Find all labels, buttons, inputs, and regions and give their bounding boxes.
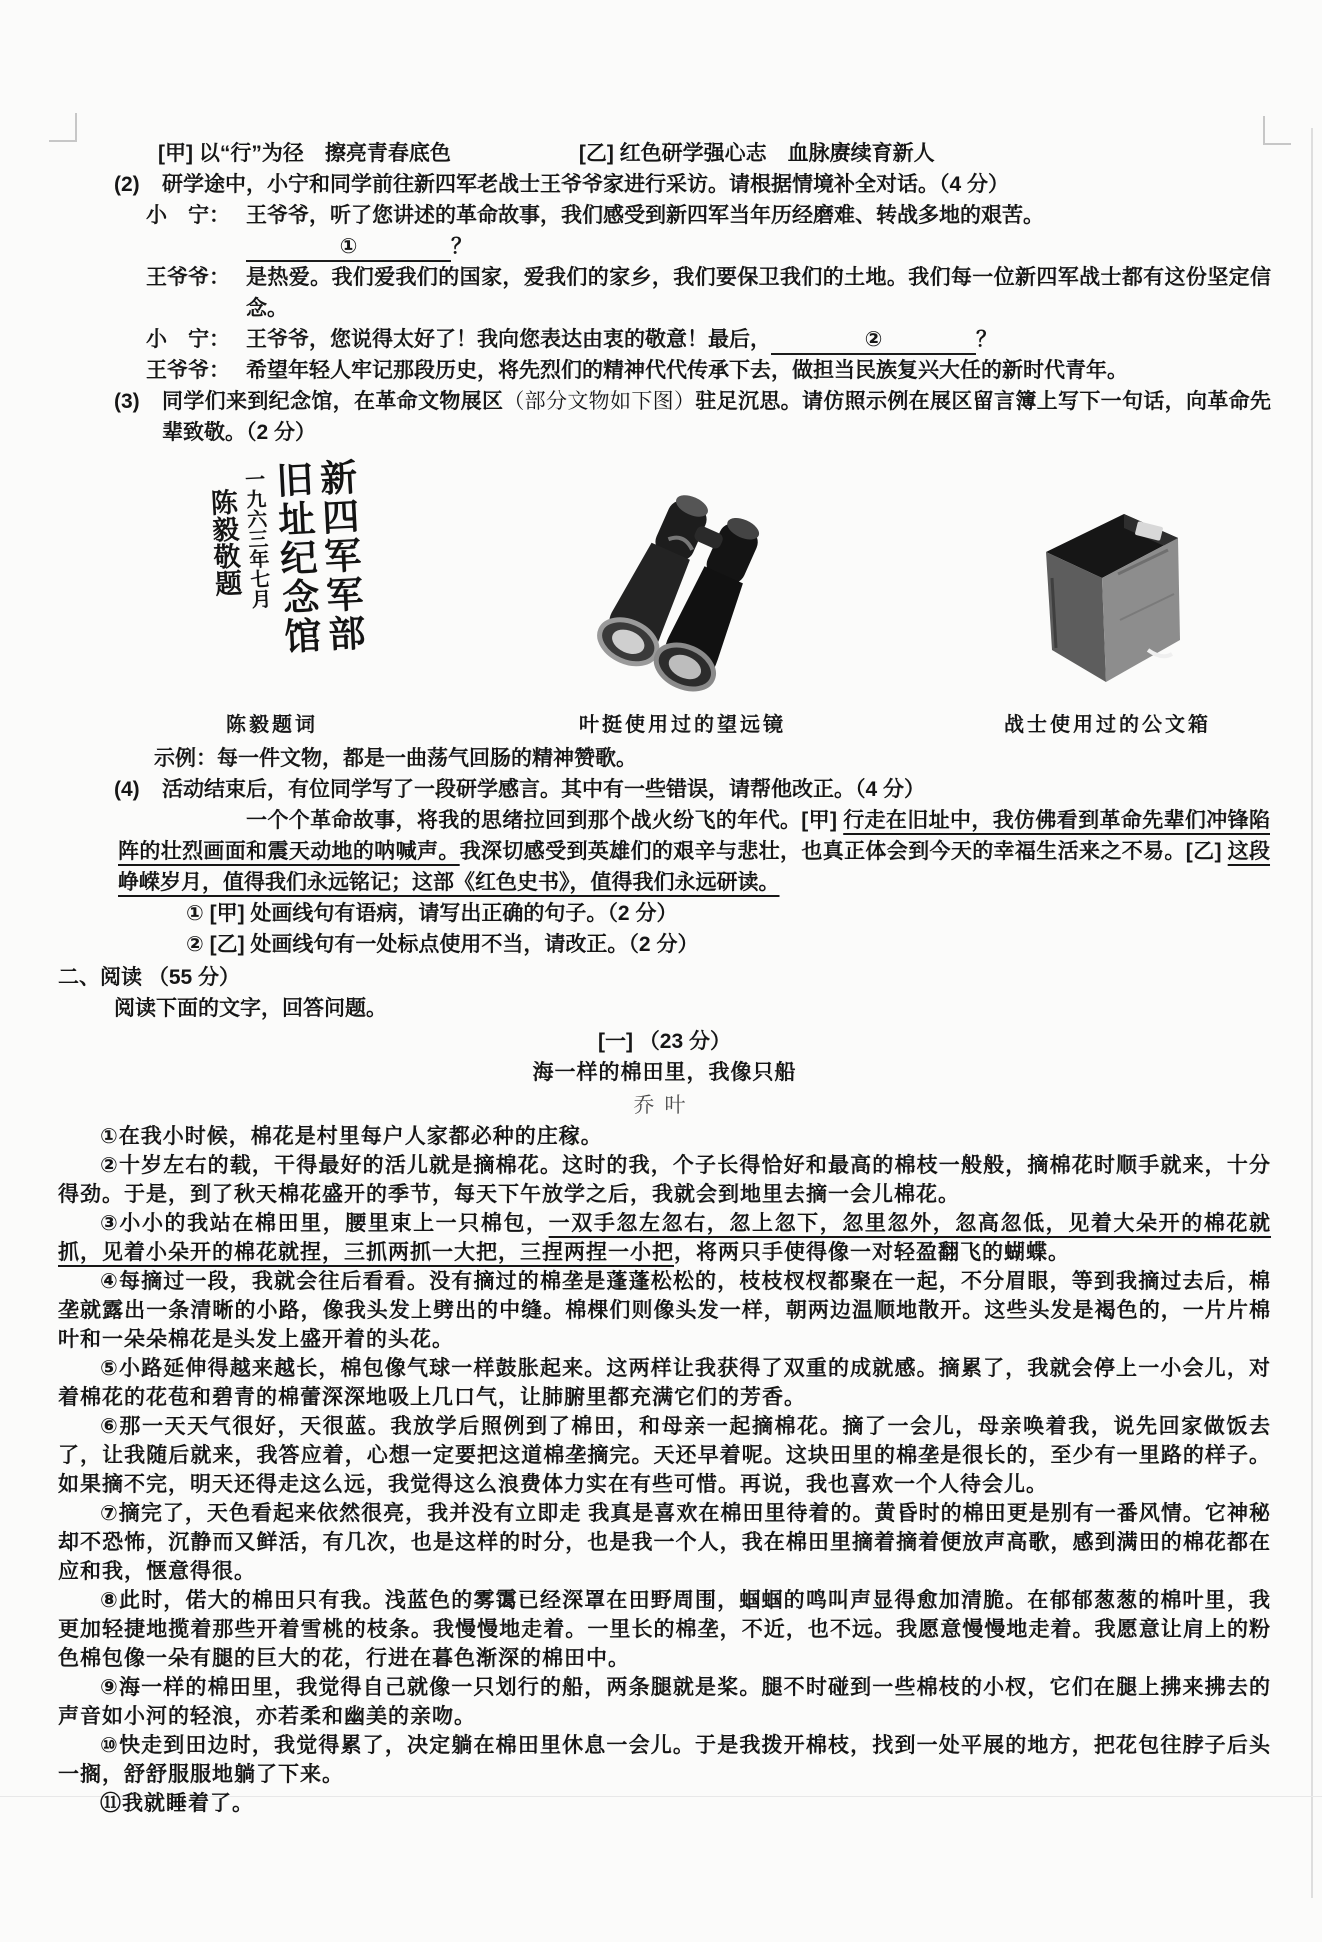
question-4-sub-2: ② [乙] 处画线句有一处标点使用不当，请改正。（2 分）	[58, 929, 1271, 960]
essay-paragraph-7: ⑦摘完了，天色看起来依然很亮，我并没有立即走 我真是喜欢在棉田里待着的。黄昏时的…	[58, 1499, 1271, 1586]
briefcase-image	[1028, 500, 1188, 700]
dialogue-4-text: 希望年轻人牢记那段历史，将先烈们的精神代代传承下去，做担当民族复兴大任的新时代青…	[246, 355, 1271, 386]
question-2-label: (2)	[58, 169, 162, 200]
slogan-line: [甲] 以“行”为径 擦亮青春底色 [乙] 红色研学强心志 血脉赓续育新人	[58, 138, 1271, 169]
figure-1-caption: 陈毅题词	[226, 710, 318, 741]
essay-paragraph-5: ⑤小路延伸得越来越长，棉包像气球一样鼓胀起来。这两样让我获得了双重的成就感。摘累…	[58, 1354, 1271, 1412]
essay-p3-post: ，将两只手使得像一对轻盈翻飞的蝴蝶。	[674, 1241, 1070, 1264]
dialogue-3-body: 王爷爷，您说得太好了！我向您表达由衷的敬意！最后，②？	[246, 324, 1271, 355]
essay-paragraph-1: ①在我小时候，棉花是村里每户人家都必种的庄稼。	[58, 1122, 1271, 1151]
dialogue-3-text: 王爷爷，您说得太好了！我向您表达由衷的敬意！最后，	[246, 328, 771, 351]
essay-author: 乔叶	[58, 1088, 1271, 1122]
essay-paragraph-4: ④每摘过一段，我就会往后看看。没有摘过的棉垄是蓬蓬松松的，枝枝杈杈都聚在一起，不…	[58, 1267, 1271, 1354]
speaker-xiaoning: 小 宁：	[146, 324, 246, 355]
question-2-text: 研学途中，小宁和同学前往新四军老战士王爷爷家进行采访。请根据情境补全对话。（4 …	[162, 169, 1271, 200]
dialogue-line-4: 王爷爷： 希望年轻人牢记那段历史，将先烈们的精神代代传承下去，做担当民族复兴大任…	[58, 355, 1271, 386]
question-2: (2) 研学途中，小宁和同学前往新四军老战士王爷爷家进行采访。请根据情境补全对话…	[58, 169, 1271, 200]
dialogue-2-text: 是热爱。我们爱我们的国家，爱我们的家乡，我们要保卫我们的土地。我们每一位新四军战…	[246, 262, 1271, 324]
essay-body: ①在我小时候，棉花是村里每户人家都必种的庄稼。 ②十岁左右的载，干得最好的活儿就…	[58, 1122, 1271, 1818]
speaker-xiaoning: 小 宁：	[146, 200, 246, 262]
essay-paragraph-2: ②十岁左右的载，干得最好的活儿就是摘棉花。这时的我，个子长得恰好和最高的棉枝一般…	[58, 1151, 1271, 1209]
dialogue-1-text: 王爷爷，听了您讲述的革命故事，我们感受到新四军当年历经磨难、转战多地的艰苦。	[246, 204, 1044, 227]
blank-2-question-mark: ？	[976, 328, 997, 351]
question-4-sub-1: ① [甲] 处画线句有语病，请写出正确的句子。（2 分）	[58, 898, 1271, 929]
scan-page-edge	[1311, 128, 1313, 1898]
binoculars-image	[577, 490, 789, 700]
section-2-intro: 阅读下面的文字，回答问题。	[58, 993, 1271, 1024]
question-4: (4) 活动结束后，有位同学写了一段研学感言。其中有一些错误，请帮他改正。（4 …	[58, 774, 1271, 805]
dialogue-1-body: 王爷爷，听了您讲述的革命故事，我们感受到新四军当年历经磨难、转战多地的艰苦。 ①…	[246, 200, 1271, 262]
essay-paragraph-11: ⑪我就睡着了。	[58, 1789, 1271, 1818]
figure-3-caption: 战士使用过的公文箱	[1004, 710, 1211, 741]
question-3-parenthetical: （部分文物如下图）	[503, 389, 695, 413]
dialogue-line-2: 王爷爷： 是热爱。我们爱我们的国家，爱我们的家乡，我们要保卫我们的土地。我们每一…	[58, 262, 1271, 324]
question-4-text: 活动结束后，有位同学写了一段研学感言。其中有一些错误，请帮他改正。（4 分）	[162, 774, 1271, 805]
dialogue-line-1: 小 宁： 王爷爷，听了您讲述的革命故事，我们感受到新四军当年历经磨难、转战多地的…	[58, 200, 1271, 262]
example-line: 示例：每一件文物，都是一曲荡气回肠的精神赞歌。	[58, 743, 1271, 774]
question-3-text: 同学们来到纪念馆，在革命文物展区（部分文物如下图）驻足沉思。请仿照示例在展区留言…	[162, 386, 1271, 448]
page-content: [甲] 以“行”为径 擦亮青春底色 [乙] 红色研学强心志 血脉赓续育新人 (2…	[58, 138, 1271, 1818]
question-3-label: (3)	[58, 386, 162, 448]
question-4-passage: 一个个革命故事，将我的思绪拉回到那个战火纷飞的年代。[甲] 行走在旧址中，我仿佛…	[118, 805, 1270, 898]
answer-blank-2: ②	[771, 327, 976, 355]
figure-chenyi-inscription: 新四军军部 旧址纪念馆 一九六三年七月 陈毅敬题 陈毅题词	[183, 462, 361, 741]
figure-2-caption: 叶挺使用过的望远镜	[579, 710, 786, 741]
relic-figures-row: 新四军军部 旧址纪念馆 一九六三年七月 陈毅敬题 陈毅题词	[183, 462, 1211, 741]
passage-segment-1: 一个个革命故事，将我的思绪拉回到那个战火纷飞的年代。[甲]	[246, 809, 843, 832]
speaker-grandpa-wang: 王爷爷：	[146, 355, 246, 386]
essay-paragraph-9: ⑨海一样的棉田里，我觉得自己就像一只划行的船，两条腿就是桨。腿不时碰到一些棉枝的…	[58, 1673, 1271, 1731]
speaker-grandpa-wang: 王爷爷：	[146, 262, 246, 324]
question-4-label: (4)	[58, 774, 162, 805]
essay-paragraph-3: ③小小的我站在棉田里，腰里束上一只棉包，一双手忽左忽右，忽上忽下，忽里忽外，忽高…	[58, 1209, 1271, 1267]
essay-number: [一] （23 分）	[58, 1026, 1271, 1057]
question-3-text-part1: 同学们来到纪念馆，在革命文物展区	[162, 390, 503, 413]
answer-blank-1: ①	[246, 234, 451, 262]
essay-title: 海一样的棉田里，我像只船	[58, 1057, 1271, 1088]
essay-paragraph-8: ⑧此时，偌大的棉田只有我。浅蓝色的雾霭已经深罩在田野周围，蝈蝈的鸣叫声显得愈加清…	[58, 1586, 1271, 1673]
question-3: (3) 同学们来到纪念馆，在革命文物展区（部分文物如下图）驻足沉思。请仿照示例在…	[58, 386, 1271, 448]
essay-p3-pre: ③小小的我站在棉田里，腰里束上一只棉包，	[100, 1212, 549, 1235]
slogan-jia: [甲] 以“行”为径 擦亮青春底色	[158, 138, 451, 169]
section-2-title: 二、阅读 （55 分）	[58, 962, 1271, 993]
figure-binoculars: 叶挺使用过的望远镜	[577, 490, 789, 741]
exam-paper-page: [甲] 以“行”为径 擦亮青春底色 [乙] 红色研学强心志 血脉赓续育新人 (2…	[0, 0, 1322, 1942]
blank-1-question-mark: ？	[451, 235, 472, 258]
calligraphy-image: 新四军军部 旧址纪念馆 一九六三年七月 陈毅敬题	[177, 458, 367, 705]
essay-paragraph-6: ⑥那一天天气很好，天很蓝。我放学后照例到了棉田，和母亲一起摘棉花。摘了一会儿，母…	[58, 1412, 1271, 1499]
figure-briefcase: 战士使用过的公文箱	[1004, 500, 1211, 741]
passage-segment-2: 我深切感受到英雄们的艰辛与悲壮，也真正体会到今天的幸福生活来之不易。[乙]	[460, 840, 1228, 863]
essay-paragraph-10: ⑩快走到田边时，我觉得累了，决定躺在棉田里休息一会儿。于是我拨开棉枝，找到一处平…	[58, 1731, 1271, 1789]
slogan-yi: [乙] 红色研学强心志 血脉赓续育新人	[579, 138, 935, 169]
dialogue-line-3: 小 宁： 王爷爷，您说得太好了！我向您表达由衷的敬意！最后，②？	[58, 324, 1271, 355]
